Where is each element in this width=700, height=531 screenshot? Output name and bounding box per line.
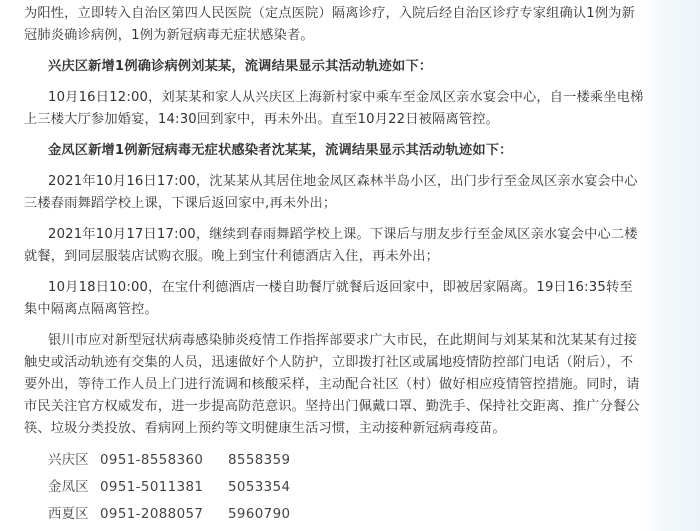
case2-paragraph-1: 2021年10月16日17:00，沈某某从其居住地金凤区森林半岛小区，出门步行至… bbox=[24, 171, 644, 215]
article-body: 为阳性，立即转入自治区第四人民医院（定点医院）隔离诊疗，入院后经自治区诊疗专家组… bbox=[24, 3, 644, 500]
phone-number-secondary[interactable]: 8558359 bbox=[228, 450, 290, 477]
contact-row-jinfeng: 金凤区 0951-5011381 5053354 bbox=[48, 477, 644, 500]
contact-row-xingqing: 兴庆区 0951-8558360 8558359 bbox=[48, 450, 644, 477]
case2-paragraph-3: 10月18日10:00，在宝什利德酒店一楼自助餐厅就餐后返回家中，即被居家隔离。… bbox=[24, 277, 644, 321]
phone-number-primary[interactable]: 0951-8558360 bbox=[100, 450, 228, 477]
case2-heading: 金凤区新增1例新冠病毒无症状感染者沈某某，流调结果显示其活动轨迹如下： bbox=[24, 140, 644, 162]
contact-list: 兴庆区 0951-8558360 8558359 金凤区 0951-501138… bbox=[24, 450, 644, 500]
notice-paragraph: 银川市应对新型冠状病毒感染肺炎疫情工作指挥部要求广大市民，在此期间与刘某某和沈某… bbox=[24, 330, 644, 440]
case1-heading: 兴庆区新增1例确诊病例刘某某，流调结果显示其活动轨迹如下： bbox=[24, 56, 644, 78]
case1-paragraph: 10月16日12:00，刘某某和家人从兴庆区上海新村家中乘车至金凤区亲水宴会中心… bbox=[24, 87, 644, 131]
phone-number-primary[interactable]: 0951-5011381 bbox=[100, 477, 228, 500]
case2-paragraph-2: 2021年10月17日17:00，继续到春雨舞蹈学校上课。下课后与朋友步行至金凤… bbox=[24, 224, 644, 268]
district-name: 金凤区 bbox=[48, 477, 100, 500]
intro-paragraph: 为阳性，立即转入自治区第四人民医院（定点医院）隔离诊疗，入院后经自治区诊疗专家组… bbox=[24, 3, 644, 47]
district-name: 兴庆区 bbox=[48, 450, 100, 477]
phone-number-secondary[interactable]: 5053354 bbox=[228, 477, 290, 500]
